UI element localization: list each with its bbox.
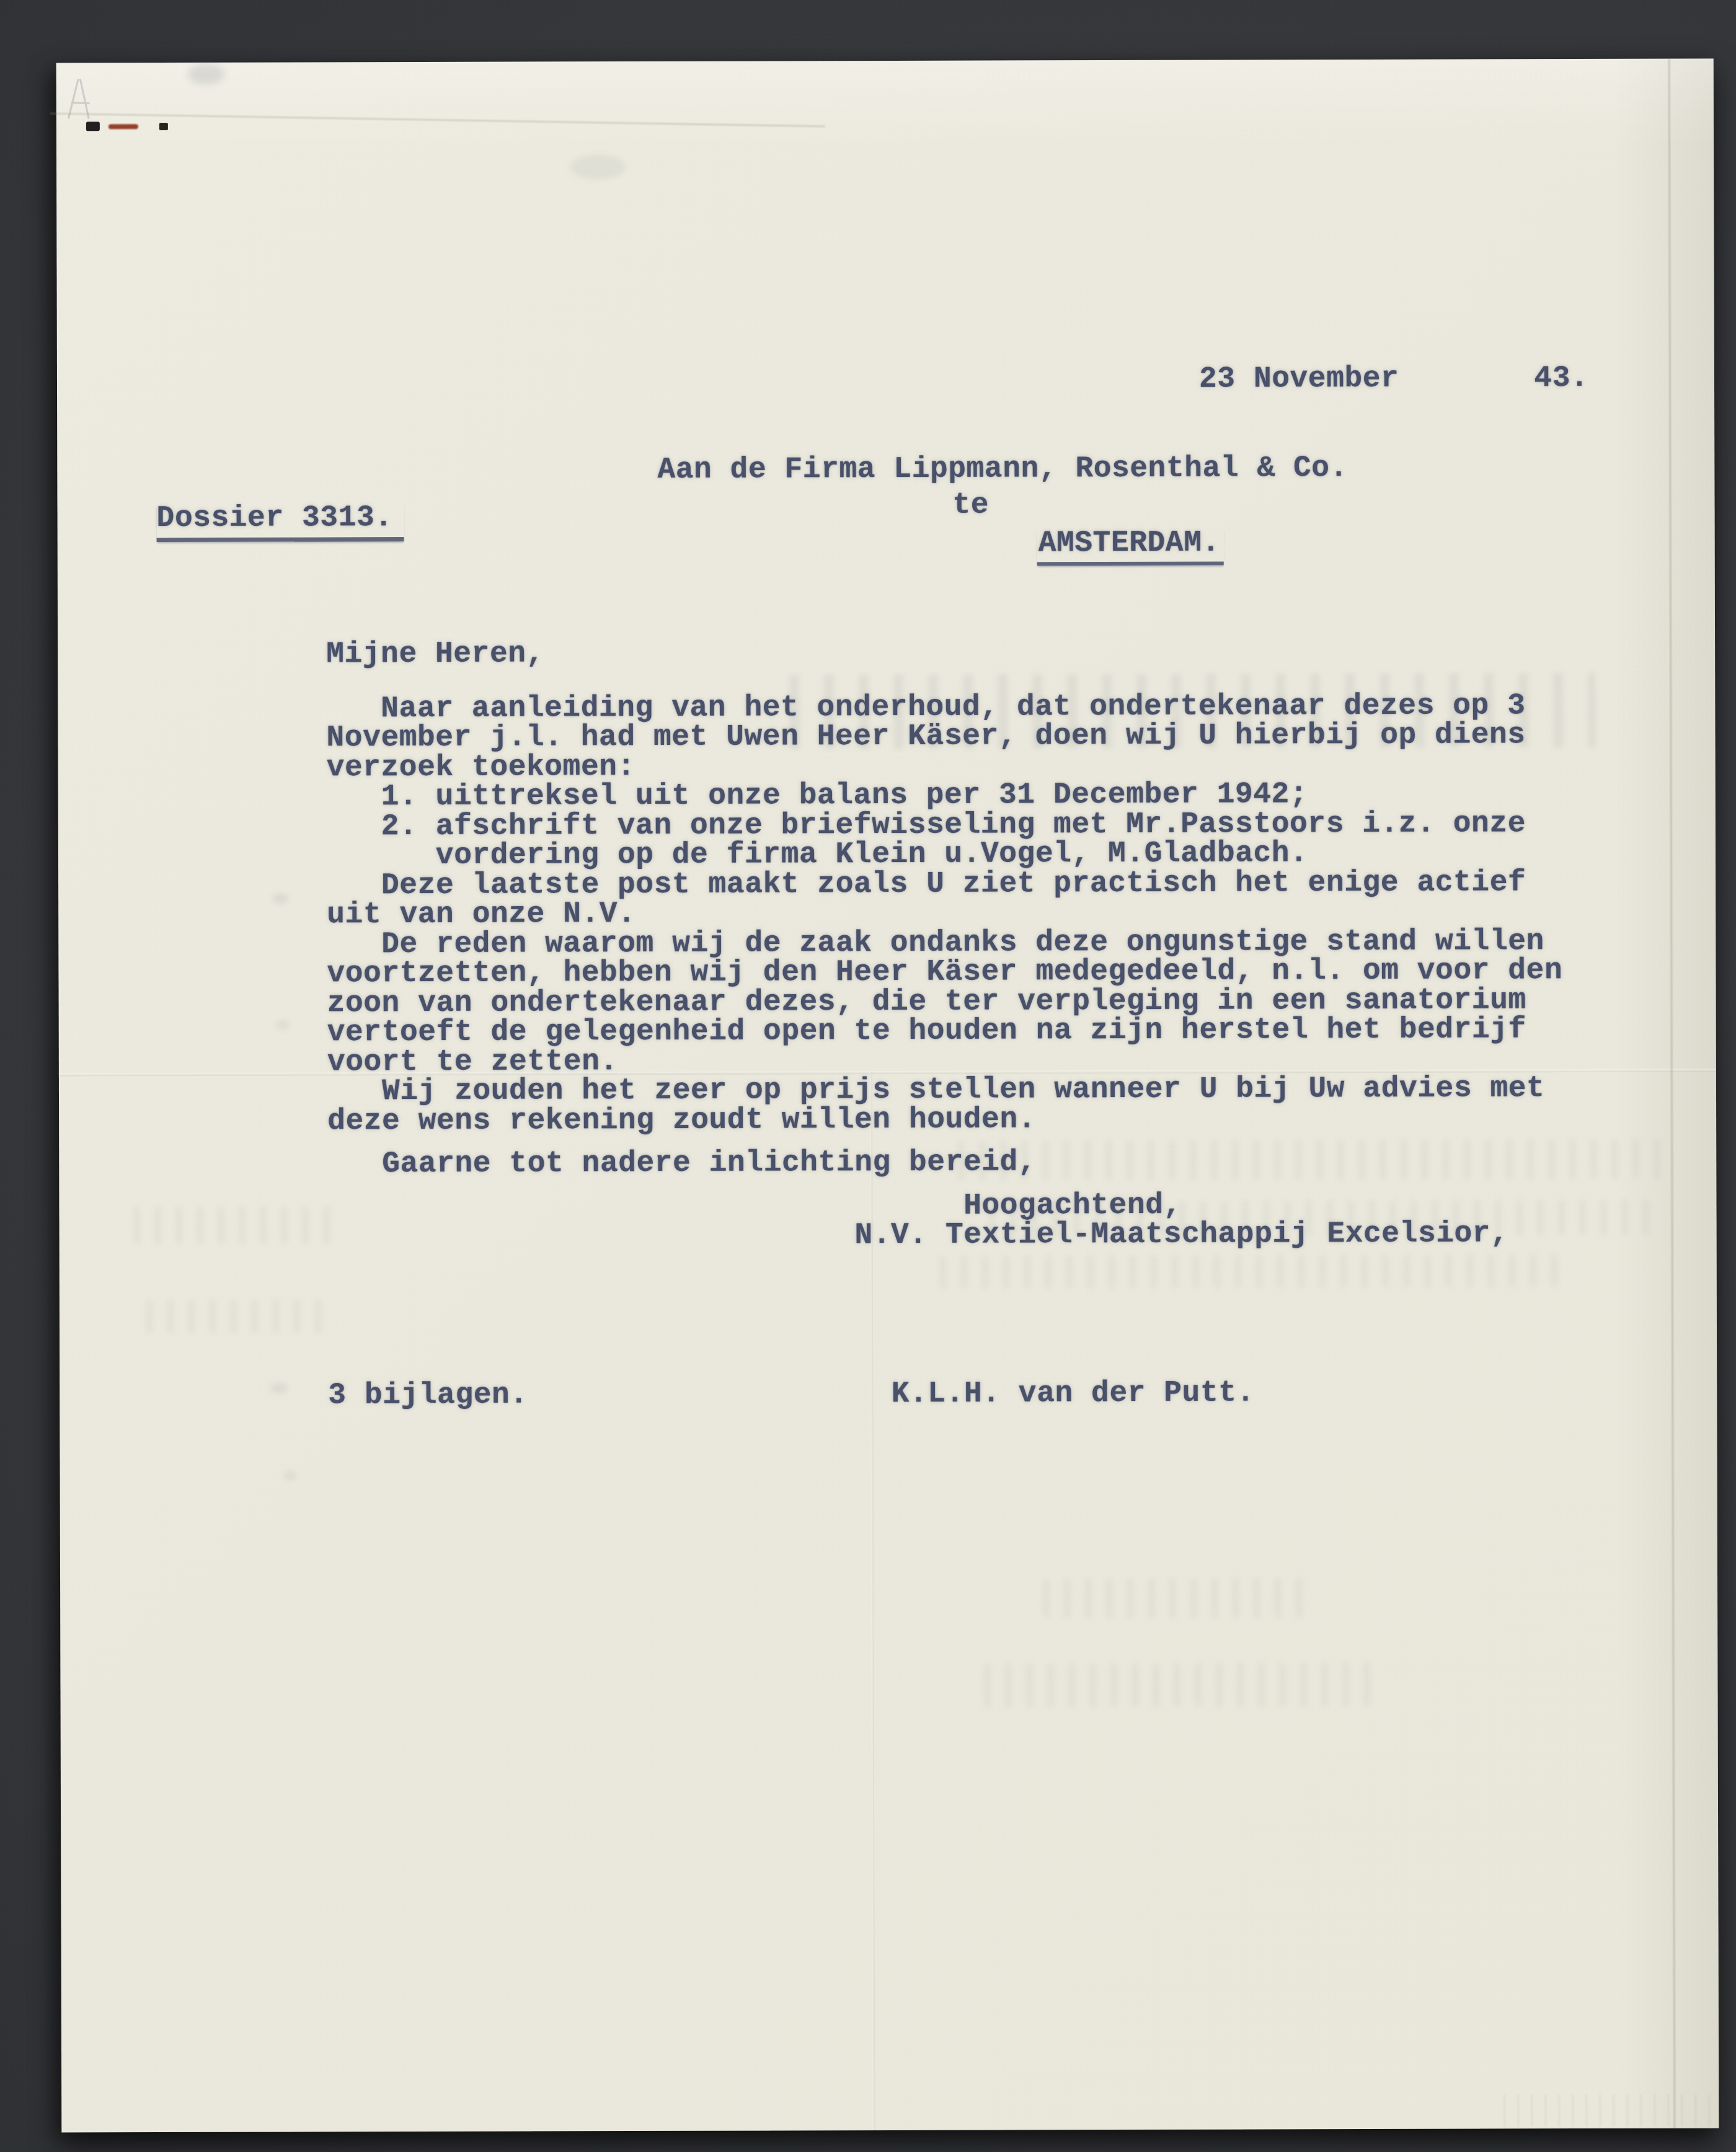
- smudge-mark: [276, 1021, 290, 1029]
- recipient-te: te: [952, 491, 989, 521]
- date-year: 43.: [1534, 364, 1588, 394]
- smudge-mark: [270, 1384, 288, 1394]
- letter-body: Mijne Heren, Naar aanleiding van het ond…: [326, 637, 1564, 1410]
- letter-line: 3 bijlagen. K.L.H. van der Putt.: [328, 1378, 1564, 1411]
- smudge-mark: [283, 1471, 297, 1480]
- letter-line: 2. afschrift van onze briefwisseling met…: [327, 809, 1562, 842]
- smudge-mark: [272, 894, 288, 904]
- letter-line: Wij zouden het zeer op prijs stellen wan…: [327, 1074, 1563, 1107]
- letter-line: N.V. Textiel-Maatschappij Excelsior,: [328, 1219, 1564, 1252]
- date-day-month: 23 November: [1199, 362, 1399, 396]
- recipient-name: Aan de Firma Lippmann, Rosenthal & Co.: [657, 454, 1348, 485]
- letter-line: deze wens rekening zoudt willen houden.: [327, 1104, 1563, 1137]
- scan-background: { "scan": { "background_color": "#37383c…: [0, 0, 1736, 2152]
- letter-line: Deze laatste post maakt zoals U ziet pra…: [327, 868, 1562, 901]
- red-ink-mark: [86, 121, 174, 131]
- smudge-mark: [188, 64, 225, 85]
- letter-line: Gaarne tot nadere inlichting bereid,: [327, 1147, 1563, 1180]
- pencil-scribble-mark: [68, 78, 94, 119]
- letter-line: November j.l. had met Uwen Heer Käser, d…: [326, 721, 1562, 754]
- letter-line: verzoek toekomen:: [327, 750, 1562, 783]
- bleedthrough-text-band: [133, 1206, 344, 1244]
- letter-line: Mijne Heren,: [326, 637, 1562, 670]
- recipient-city: AMSTERDAM.: [1037, 529, 1224, 566]
- letter-page: 23 November43. Aan de Firma Lippmann, Ro…: [56, 59, 1719, 2133]
- bleedthrough-stamp: [1043, 1578, 1309, 1618]
- sheet-edge-line: [1668, 59, 1676, 2128]
- dossier-reference: Dossier 3313.: [156, 504, 404, 542]
- bleedthrough-text-band: [146, 1299, 332, 1333]
- letter-line: vertoeft de gelegenheid open te houden n…: [327, 1015, 1563, 1048]
- smudge-mark: [570, 154, 626, 179]
- bleedthrough-stamp: [984, 1663, 1381, 1707]
- date-line: 23 November43.: [1199, 364, 1588, 394]
- bleedthrough-outline-letters: [1500, 2094, 1723, 2127]
